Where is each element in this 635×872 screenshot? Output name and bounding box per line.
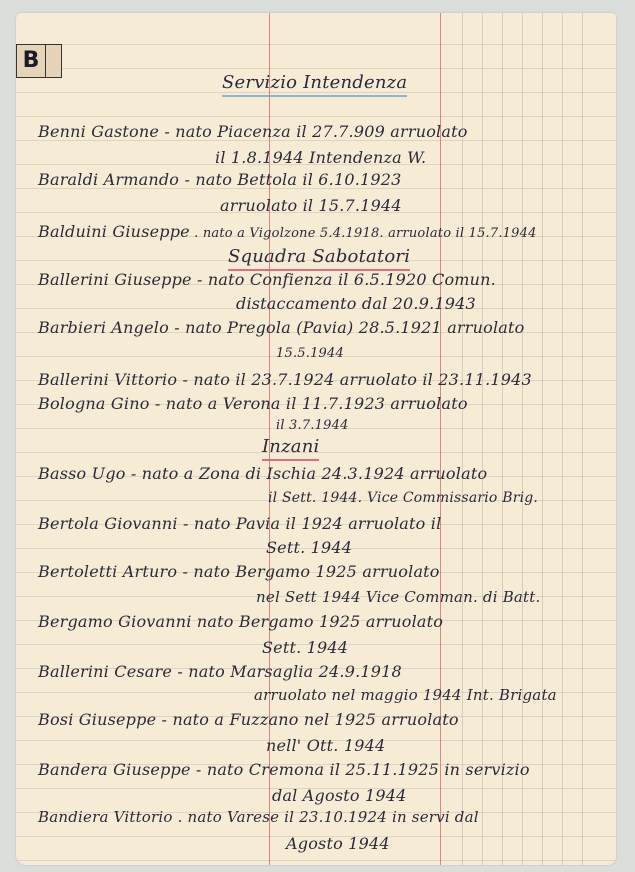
entry-row: Baraldi Armando - nato Bettola il 6.10.1… bbox=[38, 170, 402, 189]
entry-continuation: Sett. 1944 bbox=[262, 638, 348, 657]
entry-name: Ballerini Giuseppe bbox=[38, 270, 192, 289]
entry-continuation: distaccamento dal 20.9.1943 bbox=[236, 294, 476, 313]
entry-details: - nato Marsaglia 24.9.1918 bbox=[177, 662, 402, 681]
entry-name: Bosi Giuseppe bbox=[38, 710, 156, 729]
entry-continuation: nel Sett 1944 Vice Comman. di Batt. bbox=[256, 588, 541, 606]
entry-name: Bandera Giuseppe bbox=[38, 760, 191, 779]
section-heading-inzani: Inzani bbox=[262, 436, 319, 457]
entry-details: - nato Pregola (Pavia) 28.5.1921 arruola… bbox=[174, 318, 524, 337]
entry-details: . nato Varese il 23.10.1924 in servi dal bbox=[178, 808, 479, 826]
entry-name: Balduini Giuseppe bbox=[38, 222, 190, 241]
entry-details: - nato il 23.7.1924 arruolato il 23.11.1… bbox=[182, 370, 531, 389]
section-heading-servizio-intendenza: Servizio Intendenza bbox=[222, 72, 407, 93]
entry-row: Bandera Giuseppe - nato Cremona il 25.11… bbox=[38, 760, 530, 779]
entry-row: Bertoletti Arturo - nato Bergamo 1925 ar… bbox=[38, 562, 440, 581]
entry-name: Ballerini Cesare bbox=[38, 662, 172, 681]
grid-line bbox=[562, 13, 563, 865]
entry-details: - nato Bergamo 1925 arruolato bbox=[183, 562, 440, 581]
entry-name: Basso Ugo bbox=[38, 464, 126, 483]
entry-details: - nato Bettola il 6.10.1923 bbox=[184, 170, 401, 189]
entry-row: Basso Ugo - nato a Zona di Ischia 24.3.1… bbox=[38, 464, 487, 483]
entry-row: Bologna Gino - nato a Verona il 11.7.192… bbox=[38, 394, 468, 413]
entry-continuation: il Sett. 1944. Vice Commissario Brig. bbox=[268, 490, 538, 506]
grid-line bbox=[522, 13, 523, 865]
entry-row: Barbieri Angelo - nato Pregola (Pavia) 2… bbox=[38, 318, 525, 337]
entry-name: Benni Gastone bbox=[38, 122, 159, 141]
entry-continuation: il 3.7.1944 bbox=[276, 418, 349, 433]
entry-details: - nato a Zona di Ischia 24.3.1924 arruol… bbox=[131, 464, 487, 483]
entry-name: Barbieri Angelo bbox=[38, 318, 169, 337]
entry-details: - nato Piacenza il 27.7.909 arruolato bbox=[164, 122, 467, 141]
grid-line bbox=[542, 13, 543, 865]
entry-continuation: Sett. 1944 bbox=[266, 538, 352, 557]
entry-continuation: nell' Ott. 1944 bbox=[266, 736, 385, 755]
entry-row: Bandiera Vittorio . nato Varese il 23.10… bbox=[38, 808, 479, 826]
entry-details: - nato a Verona il 11.7.1923 arruolato bbox=[155, 394, 468, 413]
entry-details: nato Bergamo 1925 arruolato bbox=[197, 612, 443, 631]
entry-name: Baraldi Armando bbox=[38, 170, 179, 189]
entry-continuation: arruolato il 15.7.1944 bbox=[220, 196, 402, 215]
entry-name: Bertola Giovanni bbox=[38, 514, 178, 533]
entry-continuation: dal Agosto 1944 bbox=[272, 786, 407, 805]
grid-line bbox=[482, 13, 483, 865]
entry-continuation: 15.5.1944 bbox=[276, 346, 344, 361]
entry-name: Bologna Gino bbox=[38, 394, 150, 413]
entry-row: Ballerini Giuseppe - nato Confienza il 6… bbox=[38, 270, 496, 289]
entry-row: Bosi Giuseppe - nato a Fuzzano nel 1925 … bbox=[38, 710, 459, 729]
grid-line bbox=[502, 13, 503, 865]
entry-row: Benni Gastone - nato Piacenza il 27.7.90… bbox=[38, 122, 468, 141]
section-heading-squadra-sabotatori: Squadra Sabotatori bbox=[228, 246, 410, 267]
index-tab-letter: B bbox=[17, 45, 46, 77]
entry-details: - nato Confienza il 6.5.1920 Comun. bbox=[197, 270, 496, 289]
entry-continuation: arruolato nel maggio 1944 Int. Brigata bbox=[254, 686, 557, 704]
entry-details: - nato Cremona il 25.11.1925 in servizio bbox=[196, 760, 530, 779]
entry-name: Ballerini Vittorio bbox=[38, 370, 177, 389]
entry-details: - nato Pavia il 1924 arruolato il bbox=[183, 514, 441, 533]
entry-name: Bergamo Giovanni bbox=[38, 612, 192, 631]
entry-row: Ballerini Cesare - nato Marsaglia 24.9.1… bbox=[38, 662, 402, 681]
index-tab: B bbox=[16, 44, 62, 78]
entry-row: Ballerini Vittorio - nato il 23.7.1924 a… bbox=[38, 370, 532, 389]
entry-row: Bertola Giovanni - nato Pavia il 1924 ar… bbox=[38, 514, 441, 533]
grid-line bbox=[582, 13, 583, 865]
entry-continuation: il 1.8.1944 Intendenza W. bbox=[215, 148, 426, 167]
entry-row: Balduini Giuseppe . nato a Vigolzone 5.4… bbox=[38, 222, 537, 241]
entry-continuation: Agosto 1944 bbox=[286, 834, 390, 853]
entry-row: Bergamo Giovanni nato Bergamo 1925 arruo… bbox=[38, 612, 443, 631]
entry-details: - nato a Fuzzano nel 1925 arruolato bbox=[162, 710, 459, 729]
entry-name: Bandiera Vittorio bbox=[38, 808, 173, 826]
entry-name: Bertoletti Arturo bbox=[38, 562, 177, 581]
entry-details: . nato a Vigolzone 5.4.1918. arruolato i… bbox=[194, 226, 536, 241]
